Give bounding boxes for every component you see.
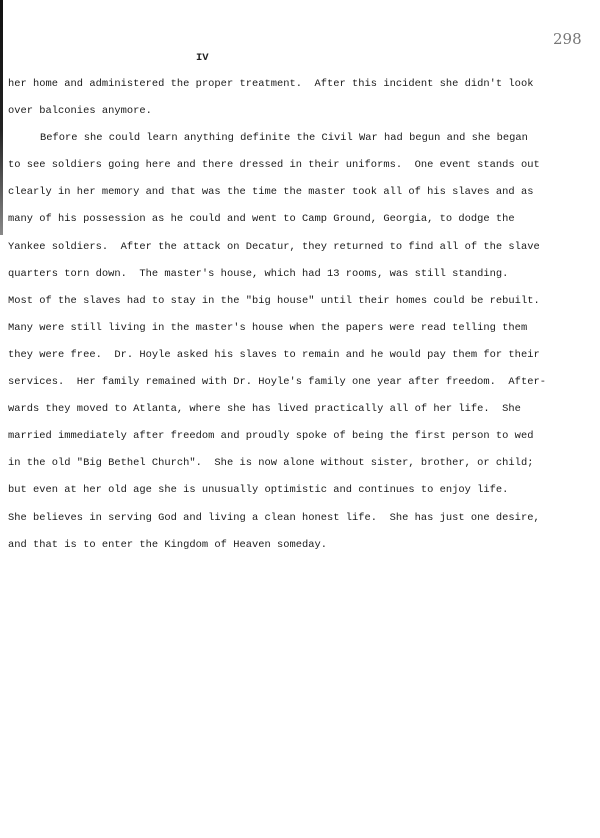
text-line: to see soldiers going here and there dre…: [8, 159, 598, 186]
text-line: quarters torn down. The master's house, …: [8, 268, 598, 295]
text-line: and that is to enter the Kingdom of Heav…: [8, 539, 598, 566]
text-line: She believes in serving God and living a…: [8, 512, 598, 539]
text-line: Many were still living in the master's h…: [8, 322, 598, 349]
text-line: Yankee soldiers. After the attack on Dec…: [8, 241, 598, 268]
text-line: but even at her old age she is unusually…: [8, 484, 598, 511]
text-line: married immediately after freedom and pr…: [8, 430, 598, 457]
paragraph-start-line: Before she could learn anything definite…: [8, 132, 598, 159]
text-line: her home and administered the proper tre…: [8, 78, 598, 105]
text-line: in the old "Big Bethel Church". She is n…: [8, 457, 598, 484]
section-header: IV: [196, 52, 209, 64]
text-line: wards they moved to Atlanta, where she h…: [8, 403, 598, 430]
page-number: 298: [553, 30, 582, 48]
text-line: Most of the slaves had to stay in the "b…: [8, 295, 598, 322]
text-line: they were free. Dr. Hoyle asked his slav…: [8, 349, 598, 376]
text-line: clearly in her memory and that was the t…: [8, 186, 598, 213]
text-line: over balconies anymore.: [8, 105, 598, 132]
document-body: her home and administered the proper tre…: [8, 78, 598, 566]
text-line: services. Her family remained with Dr. H…: [8, 376, 598, 403]
text-line: many of his possession as he could and w…: [8, 213, 598, 240]
scan-left-edge-shadow: [0, 0, 3, 235]
